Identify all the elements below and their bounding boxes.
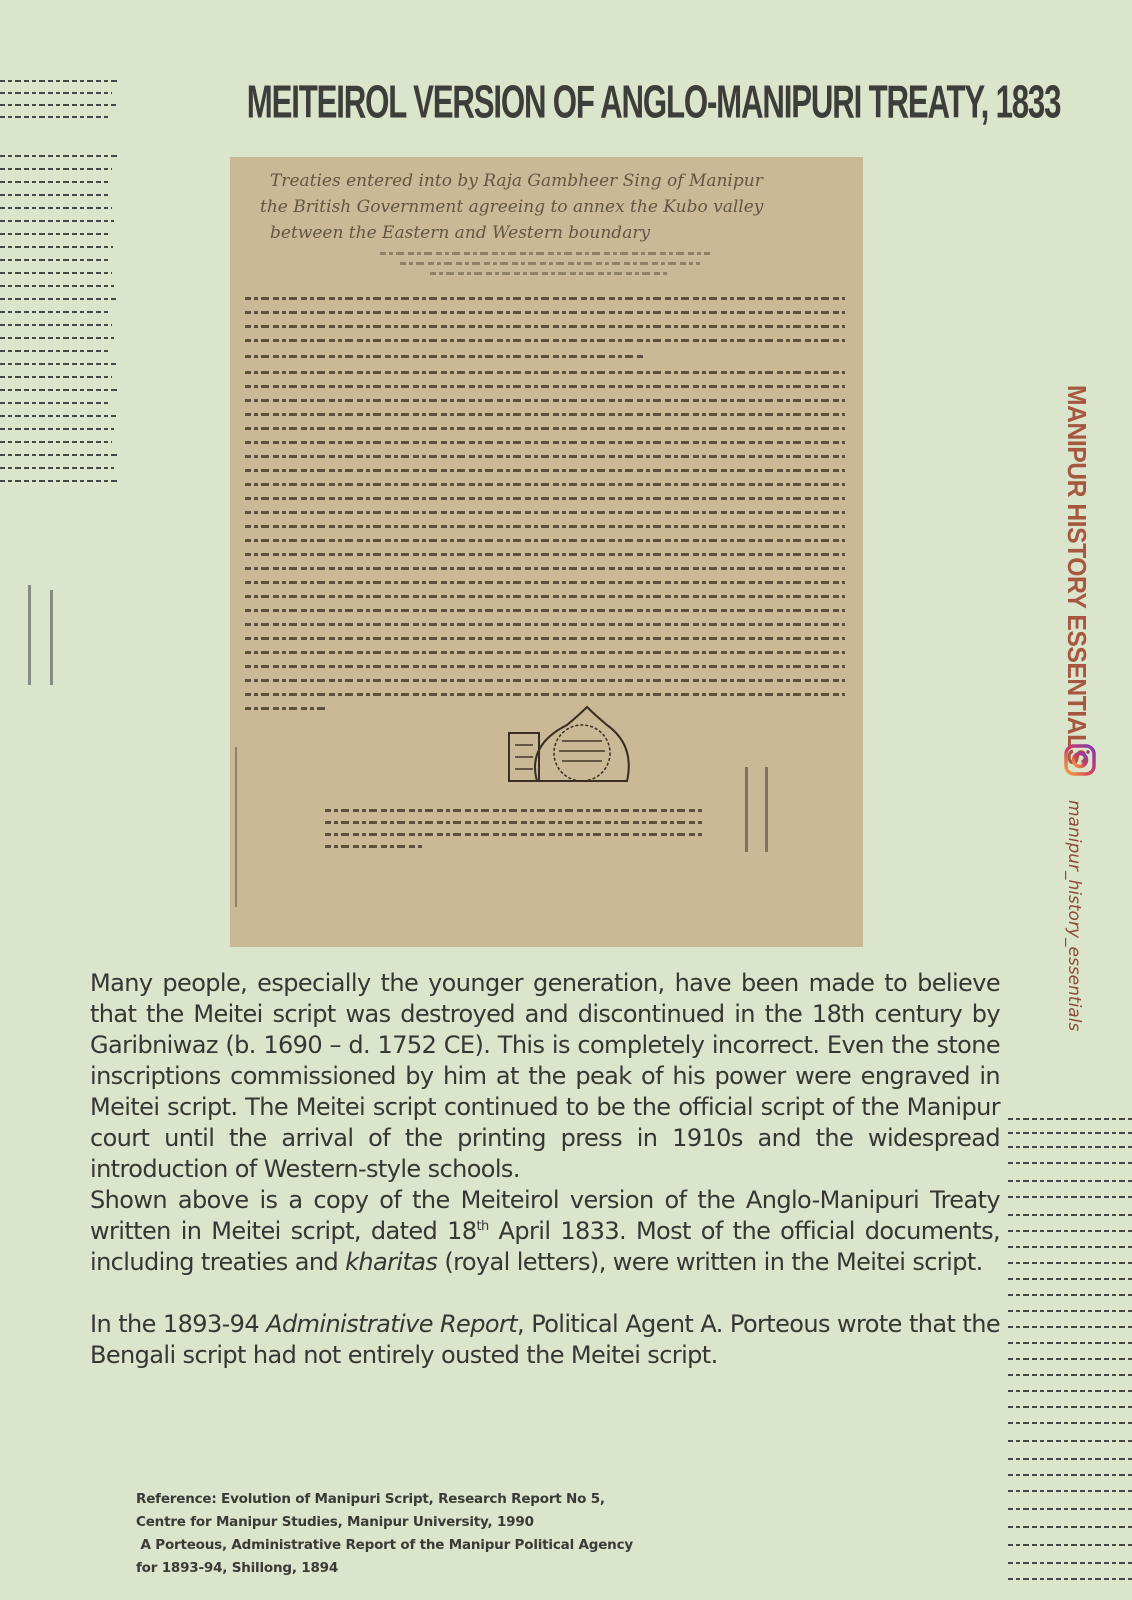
references: Reference: Evolution of Manipuri Script,… bbox=[136, 1488, 696, 1580]
paragraph-garibniwaz: Many people, especially the younger gene… bbox=[90, 968, 1000, 1185]
manuscript-heading-line: between the Eastern and Western boundary bbox=[270, 223, 650, 243]
right-decorative-script bbox=[1008, 1118, 1132, 1598]
manuscript-heading-line: the British Government agreeing to annex… bbox=[260, 197, 763, 217]
treaty-manuscript-image: Treaties entered into by Raja Gambheer S… bbox=[230, 157, 863, 947]
paragraph-porteous: In the 1893-94 Administrative Report, Po… bbox=[90, 1309, 1000, 1371]
paragraph-treaty-copy: Shown above is a copy of the Meiteirol v… bbox=[90, 1185, 1000, 1278]
manuscript-heading-line: Treaties entered into by Raja Gambheer S… bbox=[270, 171, 763, 191]
reference-line: A Porteous, Administrative Report of the… bbox=[136, 1534, 696, 1557]
left-decorative-script bbox=[0, 60, 125, 500]
reference-line: Reference: Evolution of Manipuri Script,… bbox=[136, 1488, 696, 1511]
brand-label: MANIPUR HISTORY ESSENTIALS bbox=[1061, 385, 1092, 765]
instagram-icon[interactable] bbox=[1063, 743, 1097, 777]
left-decorative-vertical-script bbox=[28, 585, 68, 695]
article-body: Many people, especially the younger gene… bbox=[90, 968, 1000, 1371]
paragraph-spacer bbox=[90, 1278, 1000, 1309]
reference-line: Centre for Manipur Studies, Manipur Univ… bbox=[136, 1511, 696, 1534]
royal-seal-icon bbox=[507, 705, 637, 785]
page-title: MEITEIROL VERSION OF ANGLO-MANIPURI TREA… bbox=[247, 77, 933, 129]
reference-line: for 1893-94, Shillong, 1894 bbox=[136, 1557, 696, 1580]
instagram-handle[interactable]: manipur_history_essentials bbox=[1064, 800, 1084, 1031]
